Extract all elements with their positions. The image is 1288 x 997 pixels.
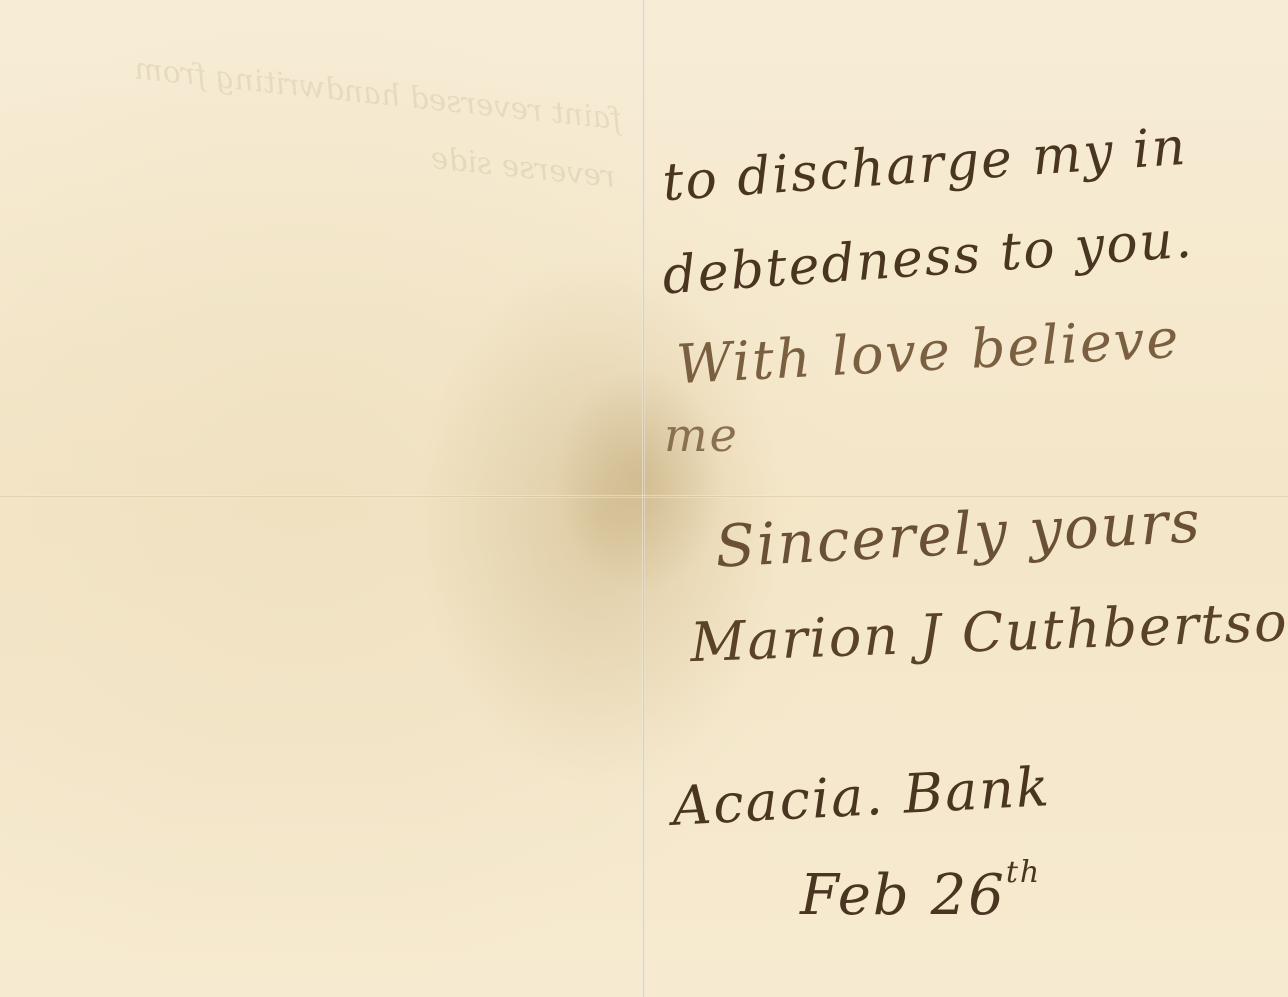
signature: Marion J Cuthbertson	[689, 589, 1288, 674]
letter-line-2: debtedness to you.	[661, 210, 1196, 307]
vertical-fold-crease	[642, 0, 645, 997]
valediction: Sincerely yours	[714, 487, 1204, 580]
address-line: Acacia. Bank	[671, 755, 1053, 838]
letter-page: faint reversed handwriting from reverse …	[0, 0, 1288, 997]
closing-line: With love believe	[675, 307, 1182, 396]
date-text: Feb 26	[800, 863, 1006, 928]
date-suffix: th	[1006, 855, 1041, 890]
closing-me: me	[664, 408, 739, 462]
bleed-through-text: faint reversed handwriting from reverse …	[0, 33, 624, 967]
date-line: Feb 26th	[800, 855, 1041, 928]
letter-line-1: to discharge my in	[661, 117, 1190, 214]
